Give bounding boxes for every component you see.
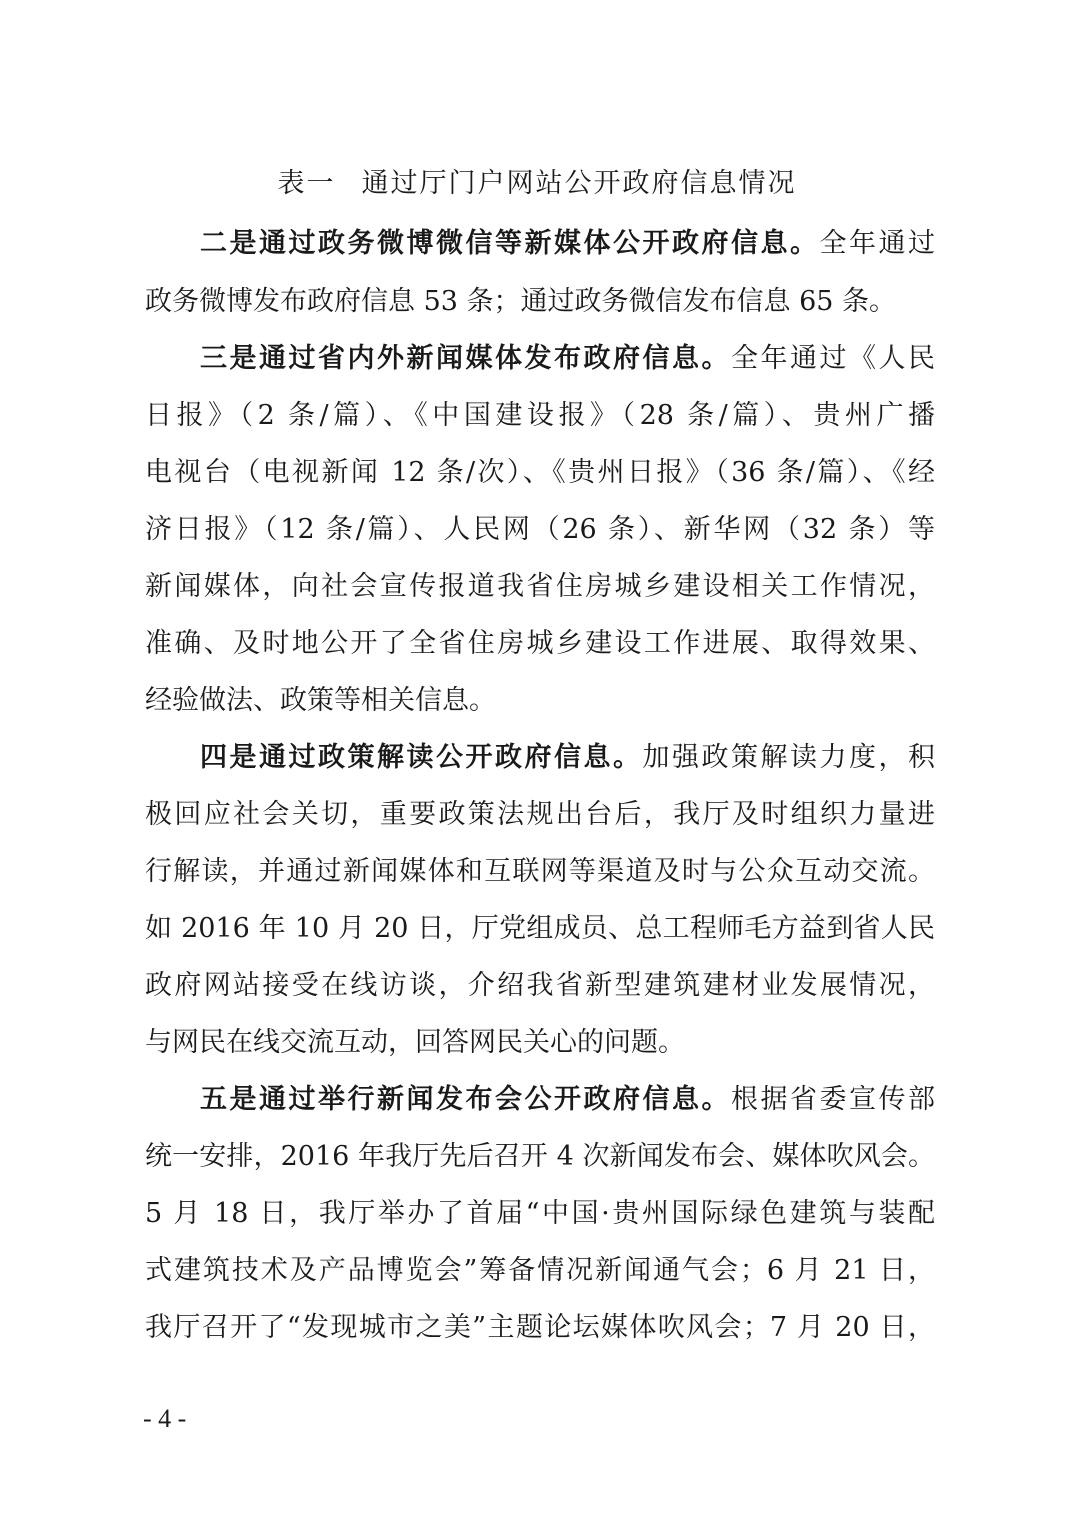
paragraph-line: 式建筑技术及产品博览会”筹备情况新闻通气会；6 月 21 日， [145,1251,935,1291]
paragraph-heading: 三是通过省内外新闻媒体发布政府信息。 [200,343,731,374]
paragraph-line: 五是通过举行新闻发布会公开政府信息。根据省委宣传部 [200,1080,935,1120]
paragraph-line: 统一安排，2016 年我厅先后召开 4 次新闻发布会、媒体吹风会。 [145,1137,935,1177]
paragraph-line: 新闻媒体，向社会宣传报道我省住房城乡建设相关工作情况， [145,567,935,607]
paragraph-heading: 五是通过举行新闻发布会公开政府信息。 [200,1084,731,1115]
paragraph-line: 如 2016 年 10 月 20 日，厅党组成员、总工程师毛方益到省人民 [145,909,935,949]
paragraph-line: 5 月 18 日，我厅举办了首届“中国·贵州国际绿色建筑与装配 [145,1194,935,1234]
paragraph-line: 经验做法、政策等相关信息。 [145,681,935,721]
paragraph-line: 政府网站接受在线访谈，介绍我省新型建筑建材业发展情况， [145,966,935,1006]
table-caption-label: 表一 [278,168,336,199]
paragraph-line: 三是通过省内外新闻媒体发布政府信息。全年通过《人民 [200,339,935,379]
table-caption-title: 通过厅门户网站公开政府信息情况 [362,168,797,199]
paragraph-line: 四是通过政策解读公开政府信息。加强政策解读力度，积 [200,738,935,778]
paragraph-line: 济日报》（12 条/篇）、人民网（26 条）、新华网（32 条）等 [145,510,935,550]
paragraph-heading: 四是通过政策解读公开政府信息。 [200,742,643,773]
paragraph-line: 与网民在线交流互动，回答网民关心的问题。 [145,1023,935,1063]
paragraph-line: 我厅召开了“发现城市之美”主题论坛媒体吹风会；7 月 20 日， [145,1308,935,1348]
document-page: 表一通过厅门户网站公开政府信息情况 二是通过政务微博微信等新媒体公开政府信息。全… [0,0,1074,1520]
paragraph-line: 电视台（电视新闻 12 条/次）、《贵州日报》（36 条/篇）、《经 [145,453,935,493]
paragraph-line: 极回应社会关切，重要政策法规出台后，我厅及时组织力量进 [145,795,935,835]
paragraph-heading: 二是通过政务微博微信等新媒体公开政府信息。 [200,228,820,259]
paragraph-line: 二是通过政务微博微信等新媒体公开政府信息。全年通过 [200,224,935,264]
paragraph-line: 准确、及时地公开了全省住房城乡建设工作进展、取得效果、 [145,624,935,664]
paragraph-line: 日报》（2 条/篇）、《中国建设报》（28 条/篇）、贵州广播 [145,396,935,436]
page-number: - 4 - [143,1402,186,1436]
paragraph-line: 行解读，并通过新闻媒体和互联网等渠道及时与公众互动交流。 [145,852,935,892]
table-caption: 表一通过厅门户网站公开政府信息情况 [0,164,1074,204]
paragraph-line: 政务微博发布政府信息 53 条；通过政务微信发布信息 65 条。 [145,282,935,322]
